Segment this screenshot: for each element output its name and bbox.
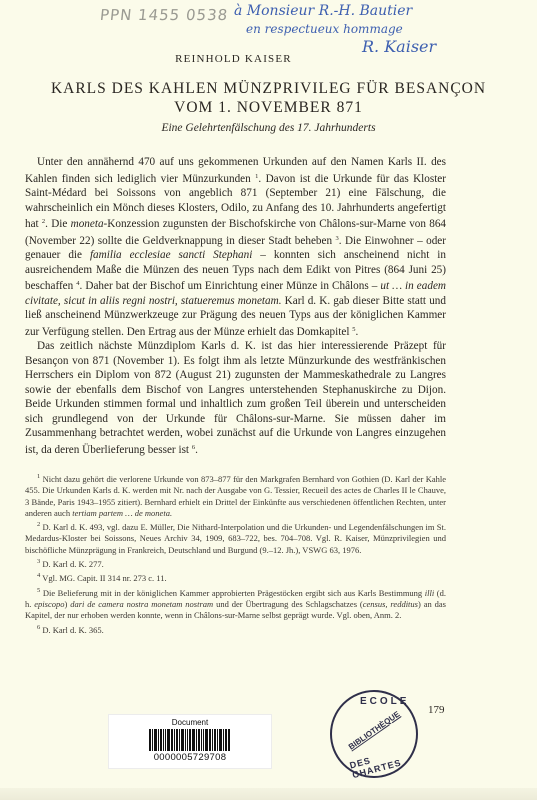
- page-number: 179: [428, 704, 445, 716]
- paragraph-1: Unter den annähernd 470 auf uns gekommen…: [25, 155, 446, 339]
- library-stamp-icon: ECOLE BIBLIOTHÈQUE DES CHARTES: [330, 690, 418, 778]
- barcode-label: Document 0000005729708: [108, 714, 272, 769]
- title-line-1: KARLS DES KAHLEN MÜNZPRIVILEG FÜR BESANÇ…: [0, 79, 537, 98]
- article-title: KARLS DES KAHLEN MÜNZPRIVILEG FÜR BESANÇ…: [0, 79, 537, 117]
- stamp-bottom-text: DES CHARTES: [349, 744, 418, 780]
- dedication-line: à Monsieur R.-H. Bautier: [234, 2, 464, 20]
- page-edge: [0, 788, 537, 800]
- body-text: Unter den annähernd 470 auf uns gekommen…: [25, 155, 446, 457]
- barcode-number: 0000005729708: [109, 752, 271, 763]
- barcode-icon: [109, 729, 271, 751]
- author-name: REINHOLD KAISER: [0, 53, 537, 65]
- title-line-2: VOM 1. NOVEMBER 871: [0, 98, 537, 117]
- stamp-middle-text: BIBLIOTHÈQUE: [347, 709, 402, 751]
- pencil-shelfmark: PPN 1455 0538: [99, 6, 229, 24]
- article-subtitle: Eine Gelehrtenfälschung des 17. Jahrhund…: [0, 122, 537, 134]
- footnote-6: 6 D. Karl d. K. 365.: [25, 622, 446, 636]
- footnote-4: 4 Vgl. MG. Capit. II 314 nr. 273 c. 11.: [25, 570, 446, 584]
- footnote-3: 3 D. Karl d. K. 277.: [25, 556, 446, 570]
- stamp-top-text: ECOLE: [360, 696, 409, 707]
- footnote-2: 2 D. Karl d. K. 493, vgl. dazu E. Müller…: [25, 519, 446, 556]
- footnote-5: 5 Die Belieferung mit in der königlichen…: [25, 585, 446, 622]
- footnotes: 1 Nicht dazu gehört die verlorene Urkund…: [25, 471, 446, 636]
- document-page: PPN 1455 0538 à Monsieur R.-H. Bautier e…: [0, 0, 537, 800]
- footnote-1: 1 Nicht dazu gehört die verlorene Urkund…: [25, 471, 446, 519]
- barcode-caption: Document: [109, 718, 271, 727]
- dedication-line: en respectueux hommage: [246, 20, 464, 38]
- paragraph-2: Das zeitlich nächste Münzdiplom Karls d.…: [25, 339, 446, 457]
- handwritten-dedication: à Monsieur R.-H. Bautier en respectueux …: [234, 2, 464, 56]
